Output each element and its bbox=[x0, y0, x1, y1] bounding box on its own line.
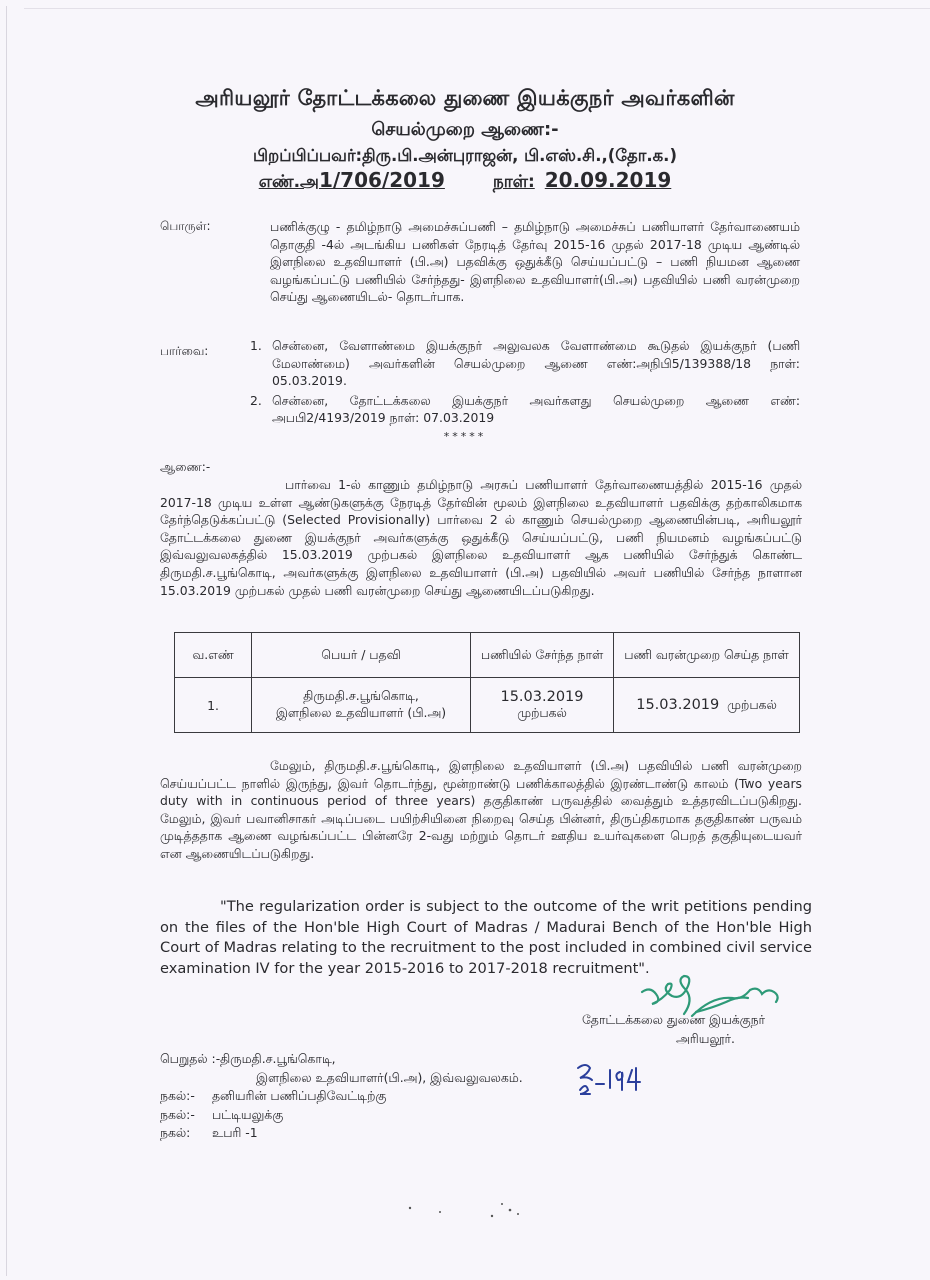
order-date: நாள்:20.09.2019 bbox=[493, 172, 671, 192]
document-title: அரியலூர் தோட்டக்கலை துணை இயக்குநர் அவர்க… bbox=[0, 86, 930, 113]
cell-sno: 1. bbox=[175, 678, 252, 733]
subject-label: பொருள்: bbox=[160, 219, 211, 235]
regularization-table: வ.எண் பெயர் / பதவி பணியில் சேர்ந்த நாள் … bbox=[174, 632, 800, 733]
table-header-row: வ.எண் பெயர் / பதவி பணியில் சேர்ந்த நாள் … bbox=[175, 633, 800, 678]
recipient-detail: இளநிலை உதவியாளர்(பி.அ), இவ்வலுவலகம். bbox=[160, 1069, 523, 1088]
distribution-block: பெறுதல் :- திருமதி.ச.பூங்கொடி, இளநிலை உத… bbox=[160, 1050, 523, 1143]
reference-date-line: எண்.அ1/706/2019 நாள்:20.09.2019 bbox=[0, 168, 930, 194]
document-subtitle: செயல்முறை ஆணை:- bbox=[0, 119, 930, 142]
recipient: பெறுதல் :- திருமதி.ச.பூங்கொடி, bbox=[160, 1050, 523, 1069]
issuer-line: பிறப்பிப்பவர்:திரு.பி.அன்புராஜன், பி.எஸ்… bbox=[0, 146, 930, 168]
handwritten-note-icon bbox=[574, 1060, 664, 1096]
copy-item: நகல்:- தனியரின் பணிப்பதிவேட்டிற்கு bbox=[160, 1087, 523, 1106]
column-header-sno: வ.எண் bbox=[175, 633, 252, 678]
copy-item: நகல்:- பட்டியலுக்கு bbox=[160, 1106, 523, 1125]
court-disclaimer: "The regularization order is subject to … bbox=[160, 897, 812, 979]
signatory-place: அரியலூர். bbox=[676, 1031, 735, 1048]
document-page: அரியலூர் தோட்டக்கலை துணை இயக்குநர் அவர்க… bbox=[0, 0, 930, 1280]
cell-regularization-date: 15.03.2019 முற்பகல் bbox=[614, 678, 800, 733]
table-row: 1. திருமதி.ச.பூங்கொடி, இளநிலை உதவியாளர் … bbox=[175, 678, 800, 733]
reference-number: எண்.அ1/706/2019 bbox=[259, 172, 445, 192]
cell-joining-date: 15.03.2019 முற்பகல் bbox=[471, 678, 614, 733]
section-separator: ***** bbox=[0, 430, 930, 443]
subject-text: பணிக்குழு - தமிழ்நாடு அமைச்சுப்பணி – தமி… bbox=[270, 218, 800, 306]
probation-text: மேலும், திருமதி.ச.பூங்கொடி, இளநிலை உதவிய… bbox=[160, 757, 802, 863]
order-label: ஆணை:- bbox=[160, 460, 210, 476]
column-header-joining-date: பணியில் சேர்ந்த நாள் bbox=[471, 633, 614, 678]
cell-name-designation: திருமதி.ச.பூங்கொடி, இளநிலை உதவியாளர் (பி… bbox=[252, 678, 471, 733]
column-header-name: பெயர் / பதவி bbox=[252, 633, 471, 678]
scan-specks bbox=[400, 1196, 550, 1226]
reference-item: 1.சென்னை, வேளாண்மை இயக்குநர் அலுவலக வேளா… bbox=[250, 337, 800, 390]
references-label: பார்வை: bbox=[160, 344, 208, 360]
column-header-regularization-date: பணி வரன்முறை செய்த நாள் bbox=[614, 633, 800, 678]
copy-item: நகல்: உபரி -1 bbox=[160, 1124, 523, 1143]
references-list: 1.சென்னை, வேளாண்மை இயக்குநர் அலுவலக வேளா… bbox=[250, 337, 800, 429]
signatory-designation: தோட்டக்கலை துணை இயக்குநர் bbox=[582, 1012, 765, 1029]
order-text: பார்வை 1-ல் காணும் தமிழ்நாடு அரசுப் பணிய… bbox=[160, 476, 802, 599]
reference-item: 2.சென்னை, தோட்டக்கலை இயக்குநர் அவர்களது … bbox=[250, 392, 800, 427]
